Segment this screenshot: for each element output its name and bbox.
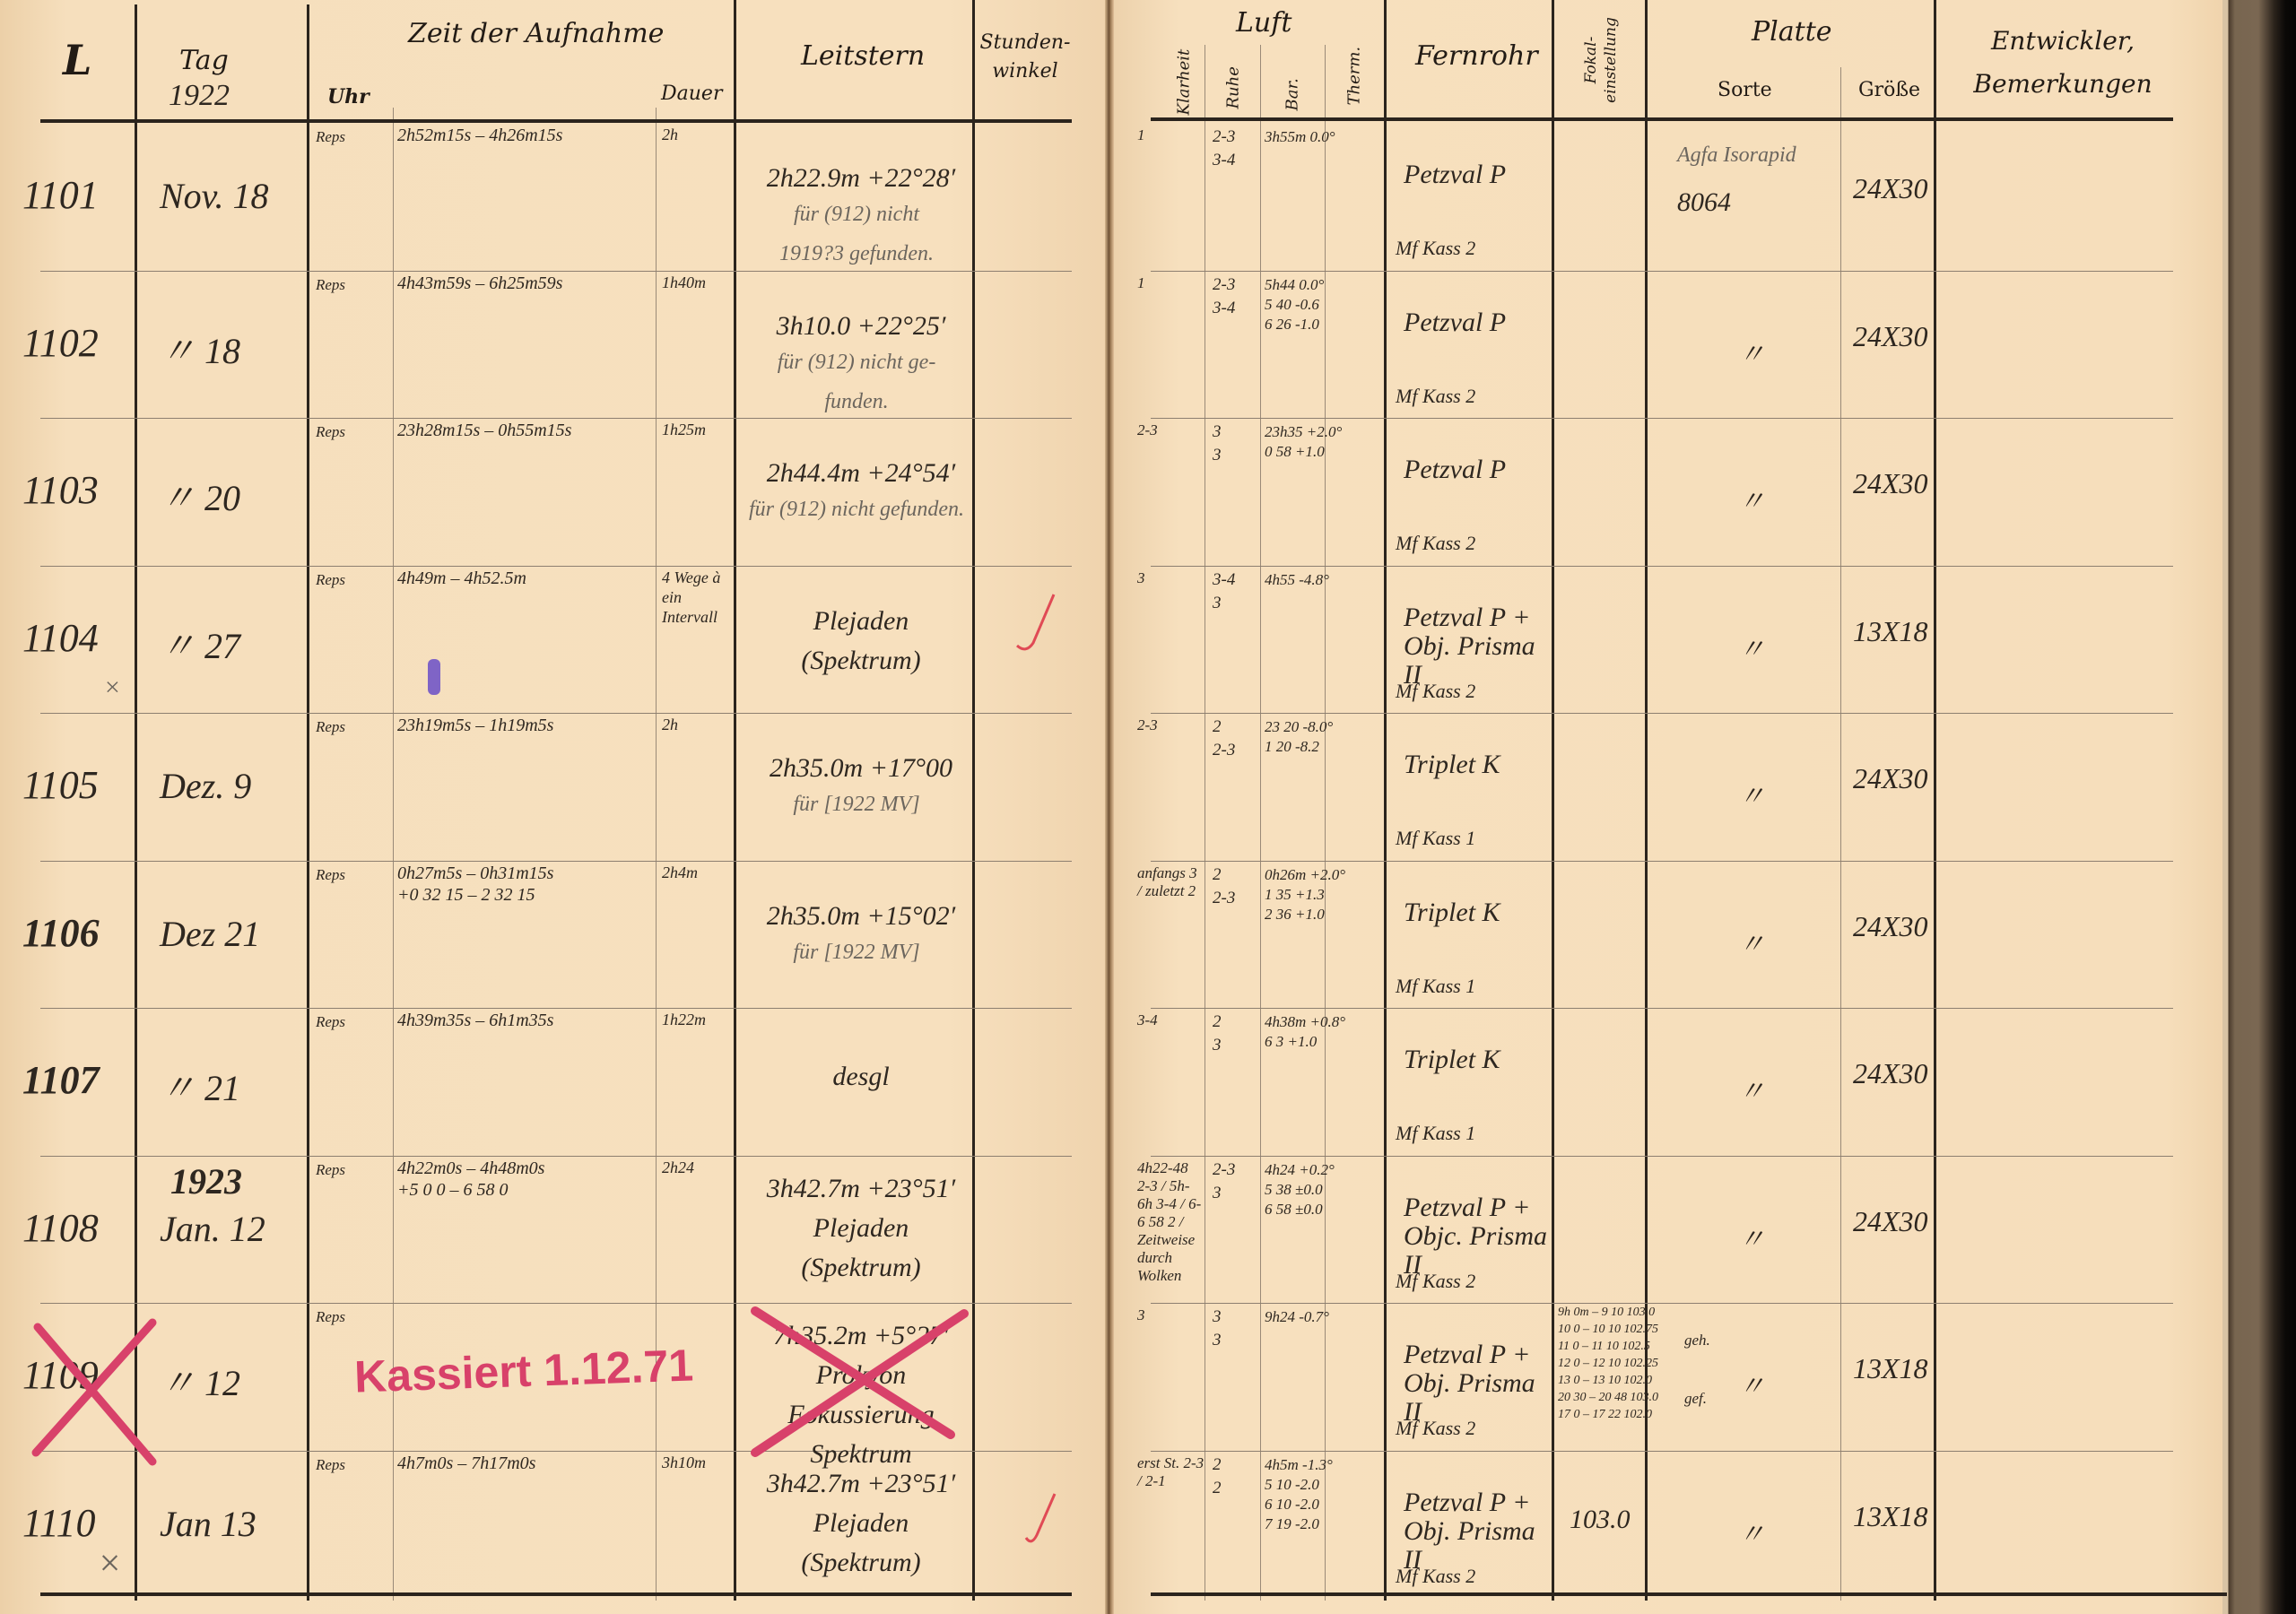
entry-ruhe: 3 (1213, 1306, 1222, 1328)
row-separator-left (40, 1156, 1072, 1157)
entry-dauer: 1h25m (662, 420, 734, 439)
entry-fokal-note: geh. (1684, 1330, 1710, 1351)
entry-fernrohr: Triplet K (1404, 751, 1552, 779)
row-separator-right (1151, 418, 2173, 419)
entry-uhr: Reps (316, 716, 345, 738)
entry-kassette: Mf Kass 2 (1396, 681, 1475, 702)
entry-leitstern-line: (Spektrum) (749, 1253, 973, 1283)
entry-plate-size: 13X18 (1853, 1500, 1928, 1533)
header-ruhe: Ruhe (1224, 47, 1243, 109)
entry-klarheit: 3 (1137, 569, 1205, 587)
header-fokaleinstellung: Fokal- einstellung (1581, 15, 1621, 105)
entry-fernrohr: Petzval P (1404, 161, 1552, 189)
entry-fernrohr: Petzval P (1404, 456, 1552, 484)
entry-leitstern-line: 2h44.4m +24°54′ (749, 458, 973, 489)
header-sorte: Sorte (1718, 79, 1772, 101)
entry-fokal-line: 11 0 – 11 10 102.5 (1558, 1339, 1650, 1355)
entry-zeit: 23h28m15s – 0h55m15s (397, 420, 571, 441)
entry-bar-therm: 3h55m 0.0° (1265, 126, 1335, 148)
entry-klarheit: 3 (1137, 1306, 1205, 1324)
entry-fernrohr: Petzval P + Obj. Prisma II (1404, 603, 1552, 690)
entry-number: 1101 (22, 172, 99, 218)
entry-plate-size: 24X30 (1853, 467, 1928, 500)
row-separator-left (40, 713, 1072, 714)
entry-fernrohr: Petzval P + Obj. Prisma II (1404, 1341, 1552, 1427)
entry-klarheit: 4h22-48 2-3 / 5h-6h 3-4 / 6-6 58 2 / Zei… (1137, 1159, 1205, 1285)
entry-bar-therm: 5 40 -0.6 (1265, 294, 1319, 316)
entry-zeit: 4h43m59s – 6h25m59s (397, 273, 562, 294)
entry-leitstern-line: für [1922 MV] (744, 793, 969, 817)
header-fokal-line2: einstellung (1601, 15, 1621, 105)
header-klarheit: Klarheit (1175, 26, 1194, 116)
entry-uhr: Reps (316, 274, 345, 296)
entry-plate-size: 24X30 (1853, 762, 1928, 795)
entry-bar-therm: 9h24 -0.7° (1265, 1306, 1329, 1328)
entry-ruhe: 3 (1213, 1035, 1222, 1056)
header-rule-right (1151, 117, 2173, 121)
entry-bar-therm: 23h35 +2.0° (1265, 421, 1342, 443)
entry-leitstern-line: 3h42.7m +23°51′ (749, 1174, 973, 1204)
entry-leitstern-line: Plejaden (749, 606, 973, 637)
entry-bar-therm: 5 10 -2.0 (1265, 1474, 1319, 1496)
rule-platte-entwickler (1934, 0, 1936, 1601)
entry-fokal-line: 13 0 – 13 10 102.0 (1558, 1373, 1652, 1389)
entry-number: 1102 (22, 320, 99, 366)
entry-bar-therm: 6 26 -1.0 (1265, 314, 1319, 335)
entry-plate-size: 13X18 (1853, 1352, 1928, 1385)
entry-dauer: 3h10m (662, 1453, 734, 1472)
entry-bar-therm: 6 58 ±0.0 (1265, 1199, 1323, 1220)
entry-leitstern-line: 3h10.0 +22°25′ (749, 311, 973, 342)
entry-kassette: Mf Kass 2 (1396, 1418, 1475, 1439)
entry-leitstern-line: desgl (749, 1062, 973, 1092)
entry-ruhe: 3 (1213, 593, 1222, 614)
entry-bar-therm: 4h5m -1.3° (1265, 1454, 1333, 1476)
header-leitstern: Leitstern (801, 40, 925, 72)
header-groesse: Größe (1858, 79, 1920, 101)
entry-ruhe: 2-3 (1213, 274, 1235, 296)
footer-rule-right (1151, 1592, 2227, 1596)
entry-dauer: 1h22m (662, 1010, 734, 1029)
entry-plate-size: 24X30 (1853, 1205, 1928, 1238)
entry-number: 1104 (22, 615, 99, 661)
entry-leitstern-line: 2h35.0m +15°02′ (749, 901, 973, 932)
header-zeit: Zeit der Aufnahme (408, 18, 664, 49)
entry-leitstern-line: 2h35.0m +17°00 (749, 753, 973, 784)
entry-fokal: 103.0 (1570, 1505, 1631, 1535)
entry-leitstern-line: funden. (744, 390, 969, 414)
entry-bar-therm: 4h55 -4.8° (1265, 569, 1329, 591)
entry-leitstern-line: (Spektrum) (749, 1548, 973, 1578)
entry-leitstern-line: für (912) nicht gefunden. (744, 498, 969, 522)
entry-date: Nov. 18 (160, 175, 268, 217)
entry-ruhe: 2-3 (1213, 1159, 1235, 1181)
x-mark-1104: × (103, 672, 121, 703)
rule-ruhe (1260, 45, 1261, 1601)
entry-zeit: 23h19m5s – 1h19m5s (397, 715, 553, 736)
row-separator-right (1151, 861, 2173, 862)
right-page (1112, 0, 2233, 1614)
entry-bar-therm: 1 20 -8.2 (1265, 736, 1319, 758)
entry-klarheit: 3-4 (1137, 1011, 1205, 1029)
header-uhr: Uhr (327, 85, 370, 108)
row-separator-left (40, 418, 1072, 419)
entry-plate-type: 〃 (1738, 627, 1765, 666)
entry-plate-type: 〃 (1738, 922, 1765, 961)
entry-zeit: 4h22m0s – 4h48m0s +5 0 0 – 6 58 0 (397, 1158, 544, 1201)
entry-bar-therm: 4h38m +0.8° (1265, 1011, 1345, 1033)
entry-date: Jan 13 (160, 1503, 257, 1545)
entry-fokal-line: 20 30 – 20 48 103.0 (1558, 1390, 1658, 1406)
entry-plate-type: 〃 (1738, 479, 1765, 518)
entry-number: 1108 (22, 1205, 99, 1251)
row-separator-right (1151, 1451, 2173, 1452)
entry-kassette: Mf Kass 2 (1396, 386, 1475, 407)
entry-kassette: Mf Kass 1 (1396, 1123, 1475, 1144)
entry-fokal-line: 17 0 – 17 22 102.0 (1558, 1407, 1652, 1423)
entry-year: 1923 (170, 1160, 242, 1202)
header-tag: Tag (179, 45, 229, 76)
entry-zeit: 0h27m5s – 0h31m15s +0 32 15 – 2 32 15 (397, 863, 553, 906)
red-check-mark-1110 (1022, 1488, 1058, 1551)
entry-plate-type: 8064 (1677, 187, 1731, 218)
entry-number: 1110 (22, 1500, 95, 1546)
entry-date: 〃 21 (160, 1060, 240, 1111)
entry-number: 1105 (22, 762, 99, 808)
entry-fokal-line: 12 0 – 12 10 102.25 (1558, 1356, 1658, 1372)
rule-klarheit (1205, 45, 1205, 1601)
entry-uhr: Reps (316, 126, 345, 148)
entry-ruhe: 2-3 (1213, 740, 1235, 761)
header-entw-line1: Entwickler, (1955, 20, 2170, 63)
entry-dauer: 4 Wege à ein Intervall (662, 568, 734, 627)
x-mark-1110: × (97, 1542, 122, 1585)
entry-ruhe: 2 (1213, 716, 1222, 738)
entry-plate-size: 24X30 (1853, 910, 1928, 943)
entry-plate-type: Agfa Isorapid (1677, 144, 1796, 166)
entry-leitstern-line: für [1922 MV] (744, 941, 969, 965)
header-platte: Platte (1752, 16, 1832, 48)
row-separator-right (1151, 1156, 2173, 1157)
entry-uhr: Reps (316, 1306, 345, 1328)
entry-bar-therm: 5h44 0.0° (1265, 274, 1324, 296)
entry-bar-therm: 2 36 +1.0 (1265, 904, 1325, 925)
entry-fokal-line: 9h 0m – 9 10 103.0 (1558, 1305, 1655, 1321)
rule-tag-zeit (307, 4, 309, 1601)
entry-plate-type: 〃 (1738, 1512, 1765, 1551)
entry-bar-therm: 0h26m +2.0° (1265, 864, 1345, 886)
row-separator-right (1151, 1303, 2173, 1304)
header-stundenwinkel: Stunden- winkel (975, 29, 1075, 86)
red-cross-1109 (27, 1318, 161, 1471)
entry-ruhe: 2 (1213, 1454, 1222, 1476)
header-fernrohr: Fernrohr (1415, 40, 1538, 72)
entry-fernrohr: Triplet K (1404, 1046, 1552, 1074)
entry-ruhe: 2 (1213, 1478, 1222, 1499)
entry-bar-therm: 7 19 -2.0 (1265, 1514, 1319, 1535)
entry-ruhe: 2-3 (1213, 126, 1235, 148)
entry-ruhe: 2 (1213, 864, 1222, 886)
entry-klarheit: anfangs 3 / zuletzt 2 (1137, 864, 1205, 900)
entry-date: Dez. 9 (160, 765, 251, 807)
entry-plate-type: 〃 (1738, 1217, 1765, 1256)
entry-leitstern-line: 1919?3 gefunden. (744, 242, 969, 266)
entry-leitstern-line: (Spektrum) (749, 646, 973, 676)
entry-fernrohr: Petzval P + Objc. Prisma II (1404, 1193, 1552, 1280)
header-bar: Bar. (1283, 48, 1302, 111)
row-separator-right (1151, 1008, 2173, 1009)
entry-plate-size: 24X30 (1853, 320, 1928, 353)
entry-fernrohr: Petzval P (1404, 308, 1552, 337)
entry-plate-type: 〃 (1738, 332, 1765, 371)
entry-date: 〃 20 (160, 470, 240, 521)
entry-kassette: Mf Kass 2 (1396, 1566, 1475, 1587)
entry-date: 〃 27 (160, 618, 240, 669)
rule-luft-fernrohr (1384, 0, 1387, 1601)
entry-klarheit: 2-3 (1137, 421, 1205, 439)
entry-leitstern-line: Plejaden (749, 1508, 973, 1539)
book-cover-edge (2222, 0, 2296, 1614)
entry-bar-therm: 6 10 -2.0 (1265, 1494, 1319, 1515)
entry-date: 〃 12 (160, 1355, 240, 1406)
entry-plate-type: 〃 (1738, 1069, 1765, 1108)
rule-bar (1325, 45, 1326, 1601)
entry-uhr: Reps (316, 1454, 345, 1476)
row-separator-left (40, 566, 1072, 567)
entry-plate-size: 24X30 (1853, 1057, 1928, 1090)
entry-ruhe: 3-4 (1213, 150, 1235, 171)
entry-plate-type: 〃 (1738, 1364, 1765, 1403)
rule-zeit-leitstern (734, 0, 736, 1601)
entry-zeit: 4h49m – 4h52.5m (397, 568, 526, 589)
entry-klarheit: 1 (1137, 274, 1205, 292)
header-dauer: Dauer (661, 82, 722, 105)
header-stunden-line2: winkel (975, 57, 1075, 86)
red-cross-leitstern-1109 (744, 1300, 978, 1466)
entry-number: 1107 (22, 1057, 100, 1103)
entry-kassette: Mf Kass 2 (1396, 533, 1475, 554)
entry-ruhe: 3 (1213, 1330, 1222, 1351)
entry-ruhe: 3 (1213, 421, 1222, 443)
entry-number: 1106 (22, 910, 100, 956)
entry-dauer: 1h40m (662, 273, 734, 292)
row-separator-left (40, 1008, 1072, 1009)
header-therm: Therm. (1345, 43, 1364, 106)
entry-ruhe: 3-4 (1213, 569, 1235, 591)
header-luft: Luft (1236, 7, 1291, 39)
entry-bar-therm: 5 38 ±0.0 (1265, 1179, 1323, 1201)
entry-ruhe: 2-3 (1213, 888, 1235, 909)
entry-fernrohr: Triplet K (1404, 898, 1552, 927)
header-stunden-line1: Stunden- (975, 29, 1075, 57)
entry-klarheit: erst St. 2-3 / 2-1 (1137, 1454, 1205, 1490)
entry-leitstern-line: Plejaden (749, 1213, 973, 1244)
entry-zeit: 4h7m0s – 7h17m0s (397, 1453, 535, 1474)
entry-bar-therm: 1 35 +1.3 (1265, 884, 1325, 906)
entry-date: Dez 21 (160, 913, 260, 955)
entry-fokal-note: gef. (1684, 1388, 1707, 1410)
header-rule-left (40, 119, 1072, 123)
entry-uhr: Reps (316, 864, 345, 886)
entry-bar-therm: 6 3 +1.0 (1265, 1031, 1317, 1053)
entry-plate-size: 24X30 (1853, 172, 1928, 205)
purple-ink-blot (428, 659, 440, 695)
footer-rule-left (40, 1592, 1072, 1596)
entry-klarheit: 1 (1137, 126, 1205, 144)
entry-date: Jan. 12 (160, 1208, 265, 1250)
entry-leitstern-line: 3h42.7m +23°51′ (749, 1469, 973, 1499)
entry-zeit: 4h39m35s – 6h1m35s (397, 1010, 553, 1031)
entry-leitstern-line: für (912) nicht (744, 203, 969, 227)
entry-uhr: Reps (316, 421, 345, 443)
entry-ruhe: 2 (1213, 1011, 1222, 1033)
entry-uhr: Reps (316, 1159, 345, 1181)
book-gutter (1105, 0, 1114, 1614)
header-entwickler: Entwickler, Bemerkungen (1955, 20, 2170, 106)
row-separator-right (1151, 271, 2173, 272)
row-separator-right (1151, 713, 2173, 714)
entry-kassette: Mf Kass 1 (1396, 976, 1475, 997)
entry-plate-type: 〃 (1738, 774, 1765, 813)
header-year: 1922 (169, 79, 230, 113)
entry-date: 〃 18 (160, 323, 240, 374)
rule-fernrohr-fokal (1552, 0, 1554, 1601)
entry-dauer: 2h (662, 715, 734, 734)
rule-sorte-groesse (1840, 67, 1841, 1601)
entry-kassette: Mf Kass 2 (1396, 1271, 1475, 1292)
entry-bar-therm: 0 58 +1.0 (1265, 441, 1325, 463)
entry-uhr: Reps (316, 1011, 345, 1033)
entry-kassette: Mf Kass 2 (1396, 238, 1475, 259)
entry-ruhe: 3-4 (1213, 298, 1235, 319)
entry-leitstern-line: für (912) nicht ge- (744, 351, 969, 375)
entry-leitstern-line: 2h22.9m +22°28′ (749, 163, 973, 194)
entry-number: 1103 (22, 467, 99, 513)
entry-bar-therm: 23 20 -8.0° (1265, 716, 1333, 738)
entry-klarheit: 2-3 (1137, 716, 1205, 734)
entry-dauer: 2h (662, 125, 734, 144)
red-check-mark-1104 (1013, 587, 1058, 659)
entry-ruhe: 3 (1213, 445, 1222, 466)
entry-uhr: Reps (316, 569, 345, 591)
entry-ruhe: 3 (1213, 1183, 1222, 1204)
entry-dauer: 2h4m (662, 863, 734, 882)
entry-dauer: 2h24 (662, 1158, 734, 1177)
row-separator-right (1151, 566, 2173, 567)
entry-plate-size: 13X18 (1853, 615, 1928, 648)
entry-bar-therm: 4h24 +0.2° (1265, 1159, 1335, 1181)
entry-kassette: Mf Kass 1 (1396, 828, 1475, 849)
entry-fokal-line: 10 0 – 10 10 102.75 (1558, 1322, 1658, 1338)
row-separator-left (40, 861, 1072, 862)
header-fokal-line1: Fokal- (1581, 15, 1601, 105)
entry-fernrohr: Petzval P + Obj. Prisma II (1404, 1488, 1552, 1575)
header-entw-line2: Bemerkungen (1955, 63, 2170, 106)
header-l: L (63, 36, 91, 84)
entry-zeit: 2h52m15s – 4h26m15s (397, 125, 562, 146)
